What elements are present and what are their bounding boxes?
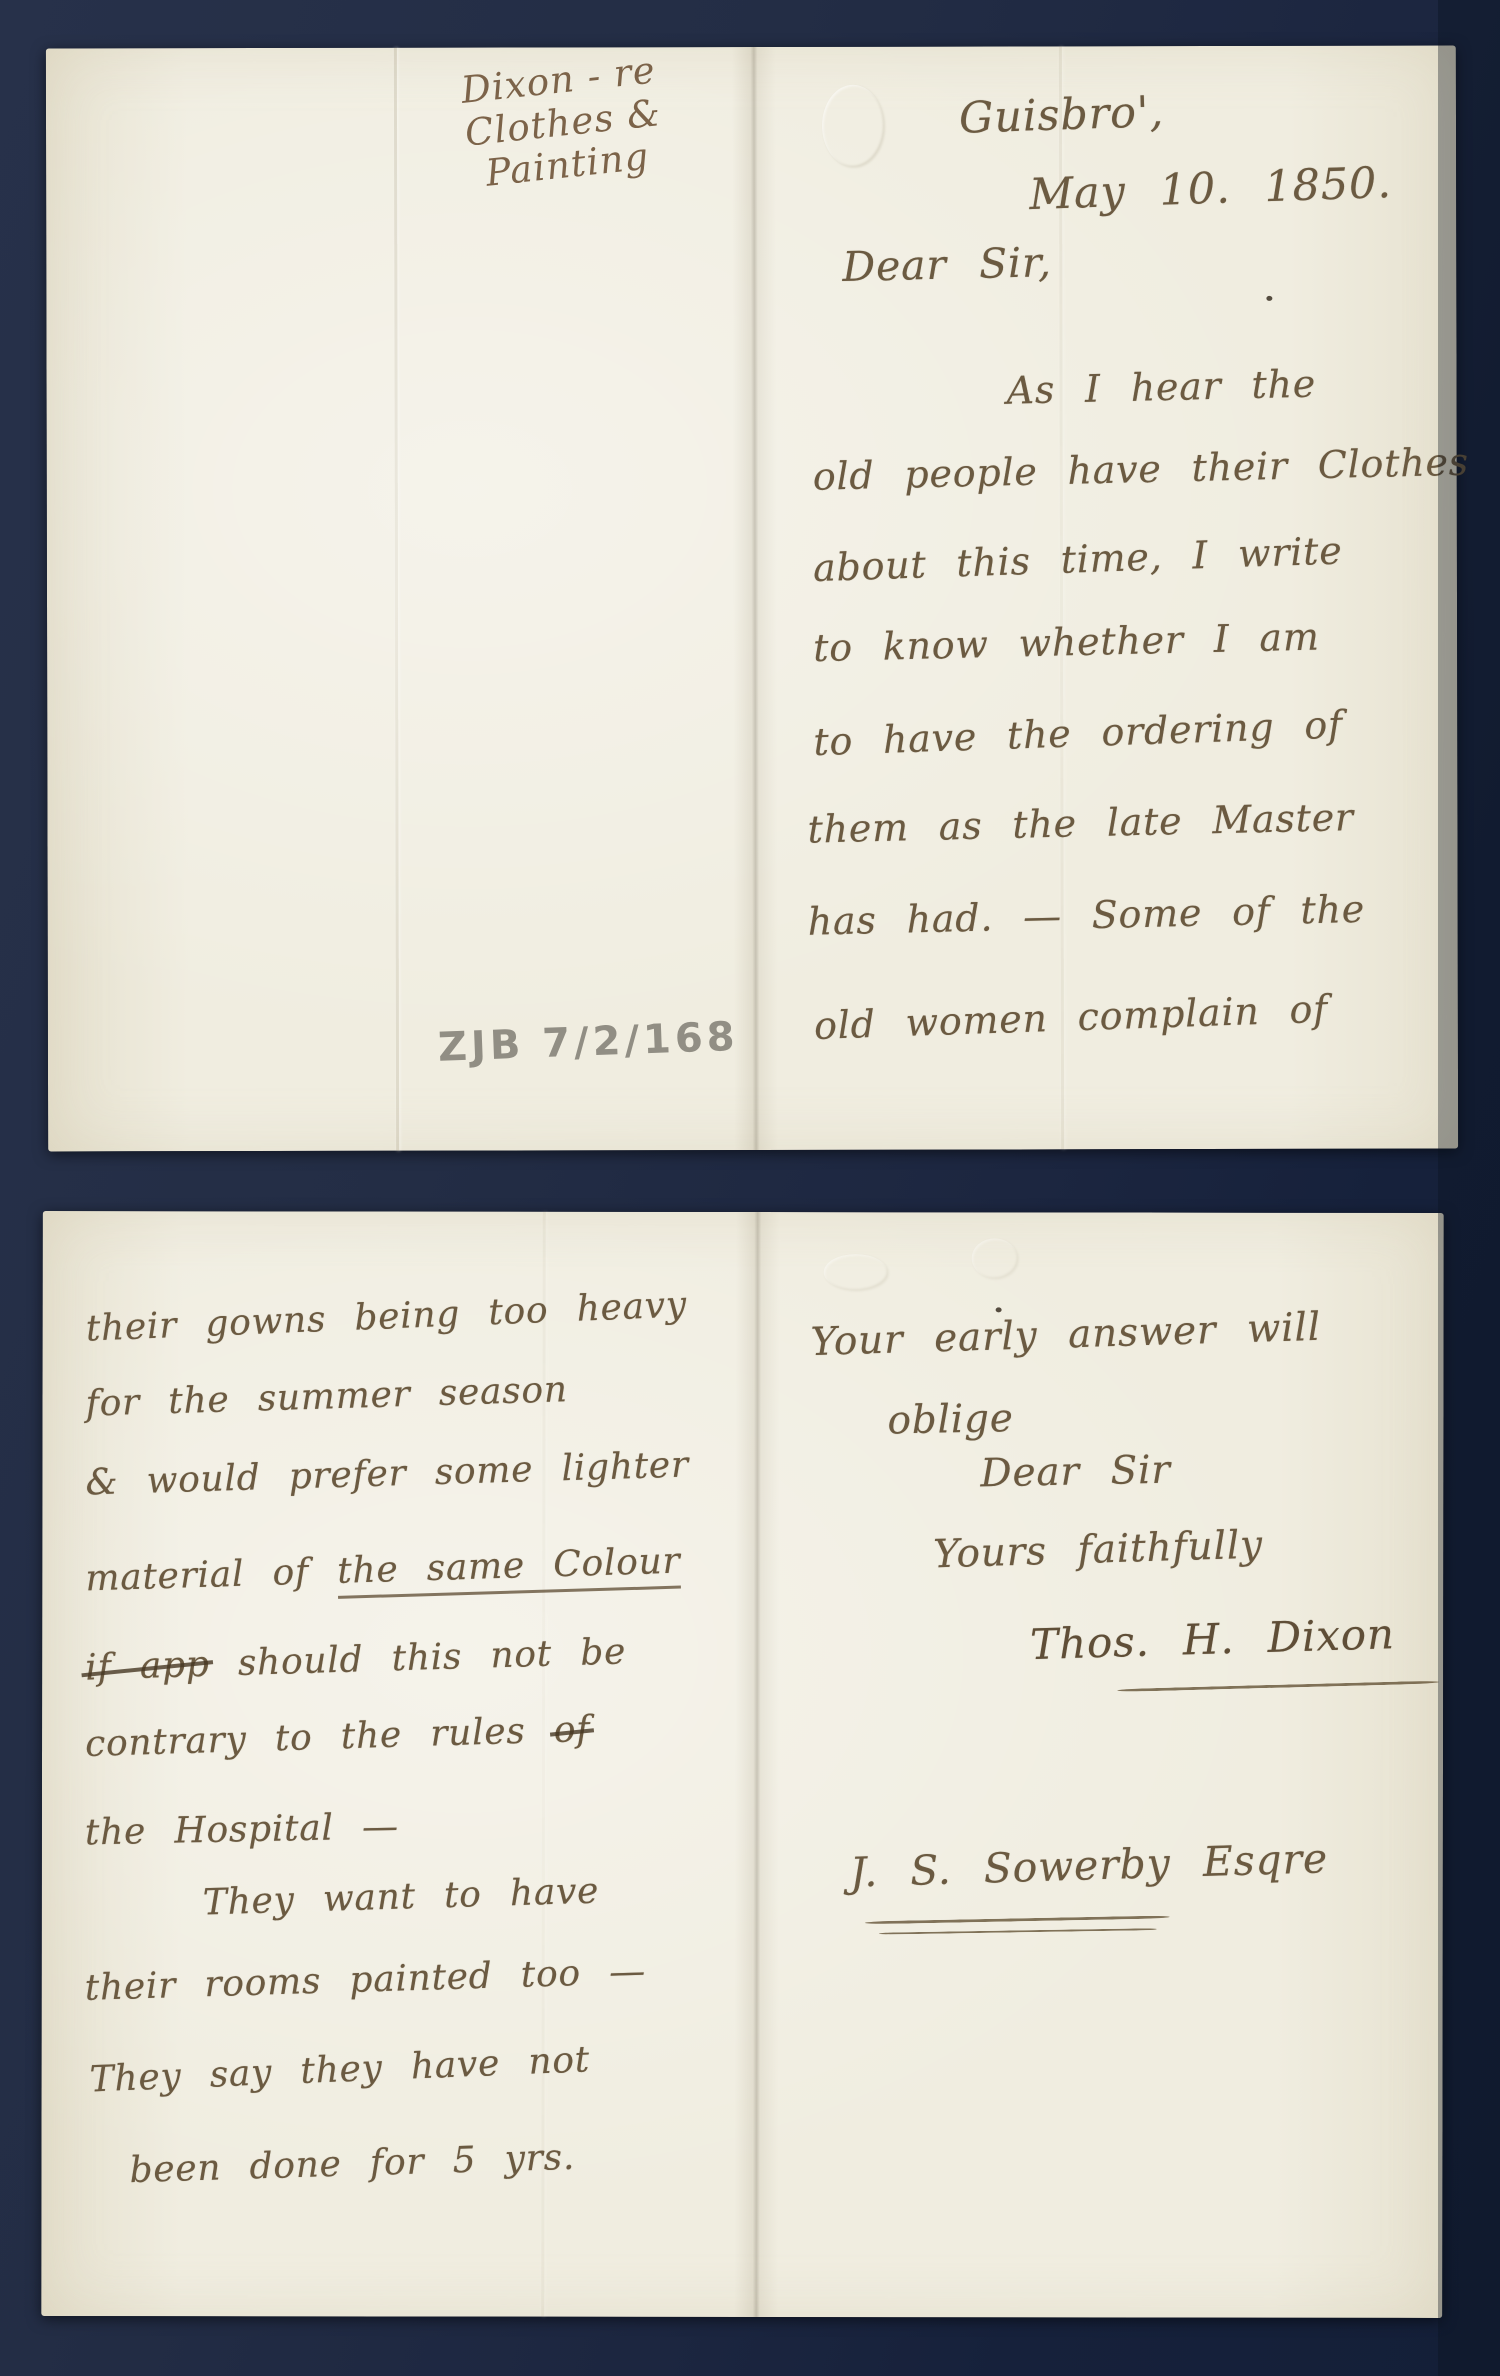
- letter-spread-bottom: their gowns being too heavy for the summ…: [41, 1211, 1444, 2318]
- handwritten-line: & would prefer some lighter: [85, 1447, 689, 1501]
- line-segment: material of: [85, 1551, 338, 1600]
- handwritten-line: if app should this not be: [85, 1634, 627, 1686]
- embossed-seal: [822, 85, 884, 167]
- place-line: Guisbro',: [958, 91, 1164, 141]
- embossed-seal: [824, 1254, 888, 1290]
- handwritten-line: material of the same Colour: [85, 1544, 681, 1598]
- handwritten-line: to know whether I am: [813, 618, 1320, 668]
- handwritten-line: has had. — Some of the: [807, 890, 1365, 941]
- ink-speck: [1266, 296, 1272, 301]
- handwritten-line: about this time, I write: [812, 531, 1343, 587]
- archive-reference: ZJB 7/2/168: [437, 1014, 739, 1071]
- blank-verso-page: Dixon - re Clothes & Painting ZJB 7/2/16…: [46, 47, 756, 1151]
- handwritten-line: the Hospital —: [85, 1809, 400, 1851]
- embossed-seal: [972, 1238, 1018, 1278]
- photo-background: Dixon - re Clothes & Painting ZJB 7/2/16…: [0, 0, 1500, 2376]
- struck-segment: if app: [85, 1644, 211, 1689]
- line-segment: should this not be: [209, 1631, 627, 1684]
- handwritten-line: As I hear the: [1006, 365, 1316, 410]
- line-segment: contrary to the rules: [85, 1710, 555, 1765]
- addressee-line: J. S. Sowerby Esqre: [849, 1838, 1328, 1893]
- docket-annotation: Dixon - re Clothes & Painting: [392, 42, 734, 204]
- signature: Thos. H. Dixon: [1030, 1613, 1396, 1666]
- handwritten-line: old people have their Clothes: [812, 443, 1469, 496]
- letter-page-1: Guisbro', May 10. 1850. Dear Sir, As I h…: [754, 46, 1458, 1150]
- struck-segment: of: [553, 1709, 591, 1751]
- handwritten-line: for the summer season: [85, 1372, 568, 1422]
- addressee-underline: [865, 1915, 1170, 1924]
- date-line: May 10. 1850.: [1029, 162, 1393, 217]
- handwritten-line: contrary to the rules of: [85, 1712, 591, 1763]
- handwritten-line: their gowns being too heavy: [85, 1287, 687, 1347]
- closing-line: oblige: [887, 1399, 1014, 1440]
- addressee-underline: [879, 1928, 1157, 1934]
- underlined-segment: the same Colour: [337, 1541, 682, 1599]
- closing-line: Dear Sir: [980, 1451, 1171, 1494]
- handwritten-line: been done for 5 yrs.: [129, 2140, 575, 2189]
- signature-flourish: [1117, 1680, 1439, 1692]
- handwritten-line: They say they have not: [89, 2042, 591, 2098]
- handwritten-line: They want to have: [202, 1874, 599, 1922]
- letter-page-3: Your early answer will oblige Dear Sir Y…: [756, 1212, 1444, 2318]
- salutation-line: Dear Sir,: [842, 242, 1052, 288]
- closing-line: Yours faithfully: [933, 1526, 1264, 1575]
- handwritten-line: to have the ordering of: [813, 705, 1344, 761]
- letter-spread-top: Dixon - re Clothes & Painting ZJB 7/2/16…: [46, 46, 1458, 1152]
- handwritten-line: their rooms painted too —: [84, 1954, 646, 2007]
- handwritten-line: old women complain of: [813, 990, 1328, 1045]
- closing-line: Your early answer will: [810, 1308, 1321, 1362]
- handwritten-line: them as the late Master: [807, 798, 1354, 849]
- letter-page-2: their gowns being too heavy for the summ…: [41, 1211, 758, 2317]
- ink-speck: [996, 1307, 1002, 1312]
